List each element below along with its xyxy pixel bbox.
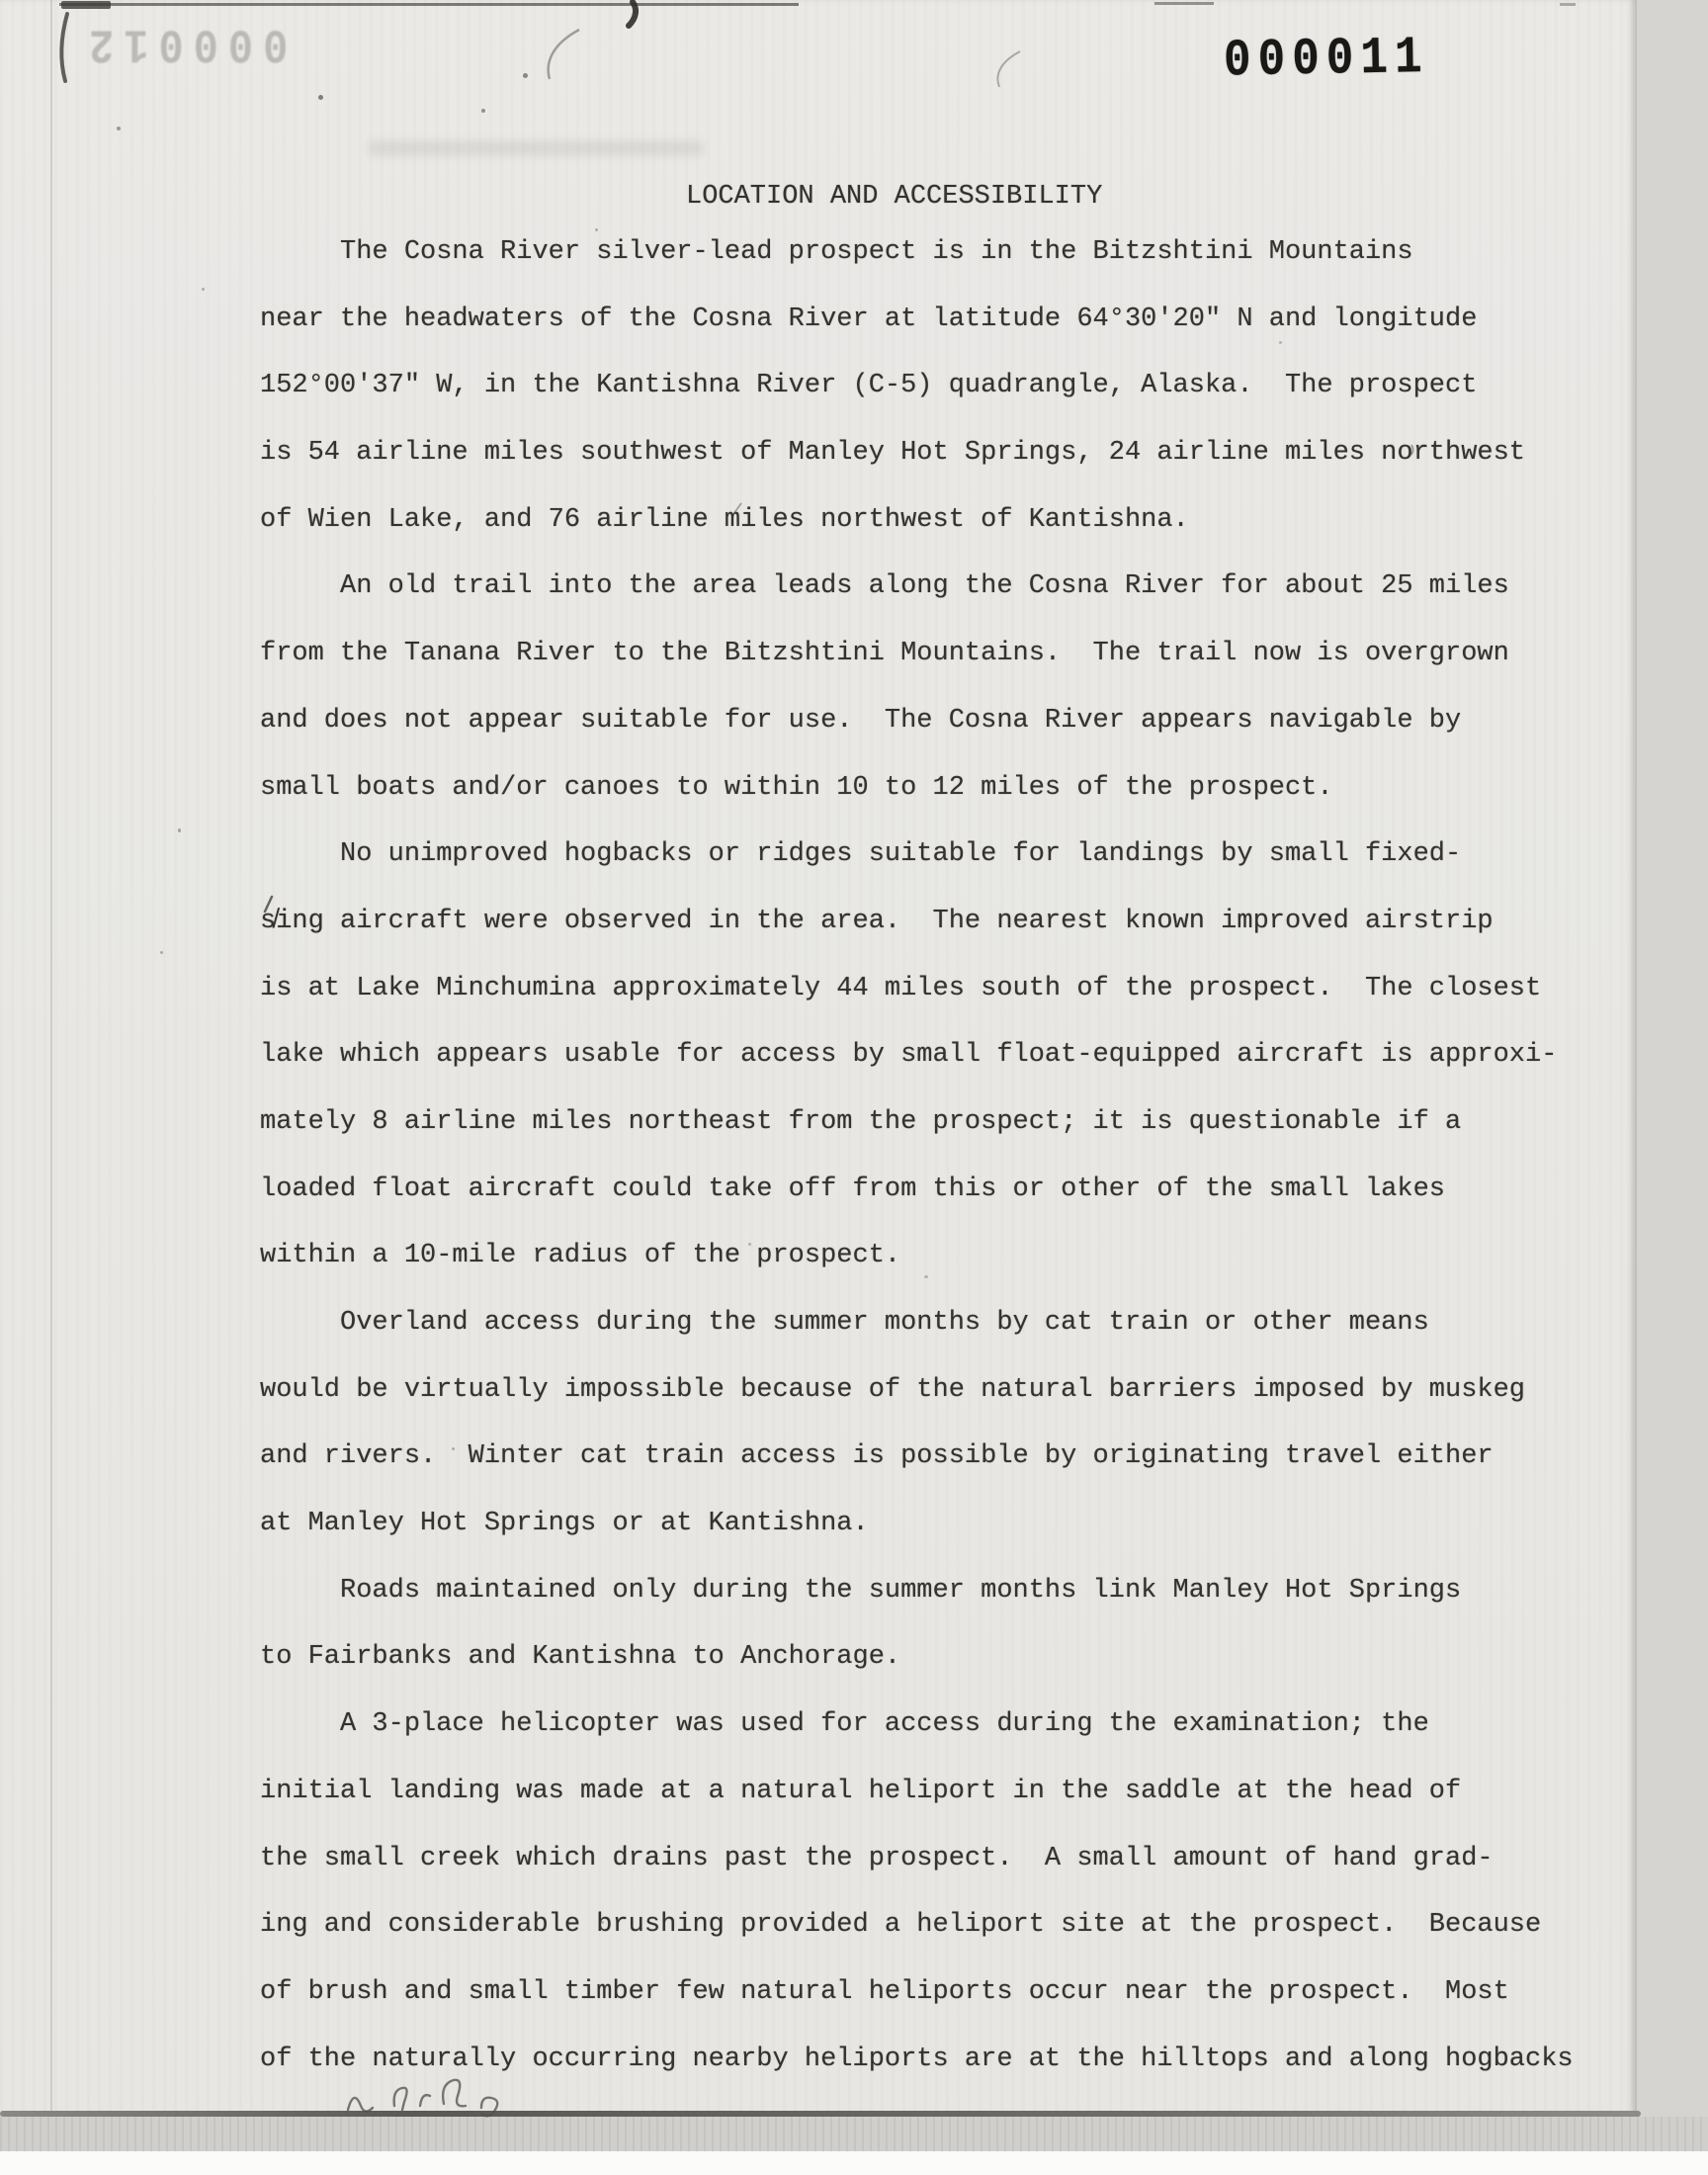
bleed-through-stamp: 000012 <box>79 16 288 70</box>
ink-speck <box>481 109 485 113</box>
ink-speck <box>1279 341 1282 344</box>
text-line: near the headwaters of the Cosna River a… <box>260 287 1604 354</box>
document-body: The Cosna River silver-lead prospect is … <box>260 219 1604 2093</box>
ink-speck <box>452 1447 455 1450</box>
ink-speck <box>601 1921 604 1924</box>
scanned-document-page: { "colors": { "paper": "#e8e7e4", "ink":… <box>0 0 1708 2175</box>
scan-white-margin <box>0 2151 1708 2175</box>
text-line: Roads maintained only during the summer … <box>260 1558 1604 1625</box>
text-line: of brush and small timber few natural he… <box>260 1959 1604 2027</box>
scan-top-edge-blotch <box>61 1 111 9</box>
text-line: of the naturally occurring nearby helipo… <box>260 2027 1604 2094</box>
text-line: at Manley Hot Springs or at Kantishna. <box>260 1491 1604 1558</box>
ink-speck <box>202 288 205 291</box>
text-line: is at Lake Minchumina approximately 44 m… <box>260 956 1604 1023</box>
text-line: small boats and/or canoes to within 10 t… <box>260 755 1604 823</box>
ink-speck <box>924 1275 928 1278</box>
ink-speck <box>117 127 121 130</box>
scan-top-edge-line <box>59 3 799 6</box>
text-line: lake which appears usable for access by … <box>260 1022 1604 1089</box>
text-line: to Fairbanks and Kantishna to Anchorage. <box>260 1624 1604 1692</box>
text-line: and does not appear suitable for use. Th… <box>260 688 1604 755</box>
text-line: within a 10-mile radius of the prospect. <box>260 1223 1604 1290</box>
text-line: 152°00'37" W, in the Kantishna River (C-… <box>260 353 1604 420</box>
text-line: of Wien Lake, and 76 airline miles north… <box>260 487 1604 555</box>
text-line: mately 8 airline miles northeast from th… <box>260 1089 1604 1157</box>
text-line: is 54 airline miles southwest of Manley … <box>260 420 1604 487</box>
ink-speck <box>160 951 163 954</box>
ink-speck <box>178 828 181 832</box>
ink-speck <box>595 228 598 231</box>
text-line: from the Tanana River to the Bitzshtini … <box>260 621 1604 688</box>
text-line: Overland access during the summer months… <box>260 1290 1604 1357</box>
text-line: would be virtually impossible because of… <box>260 1357 1604 1425</box>
ink-speck <box>318 95 323 100</box>
text-line: and rivers. Winter cat train access is p… <box>260 1424 1604 1491</box>
scan-top-edge-line-2 <box>1154 2 1214 5</box>
text-line: s̸ing aircraft were observed in the area… <box>260 889 1604 956</box>
section-title: LOCATION AND ACCESSIBILITY <box>686 182 1102 212</box>
text-line: The Cosna River silver-lead prospect is … <box>260 219 1604 287</box>
text-line: loaded float aircraft could take off fro… <box>260 1157 1604 1224</box>
ink-speck <box>523 73 528 78</box>
text-line: An old trail into the area leads along t… <box>260 554 1604 621</box>
text-line: the small creek which drains past the pr… <box>260 1826 1604 1893</box>
text-line: No unimproved hogbacks or ridges suitabl… <box>260 822 1604 889</box>
ink-smudge <box>368 140 704 156</box>
scan-top-edge-line-3 <box>1560 3 1576 6</box>
paper-crease <box>50 0 52 2116</box>
text-line: A 3-place helicopter was used for access… <box>260 1692 1604 1759</box>
scanner-bottom-band <box>0 2117 1708 2151</box>
text-line: initial landing was made at a natural he… <box>260 1759 1604 1826</box>
text-line: ing and considerable brushing provided a… <box>260 1892 1604 1959</box>
page-number-stamp: 000011 <box>1223 28 1429 90</box>
ink-speck <box>748 1243 751 1246</box>
